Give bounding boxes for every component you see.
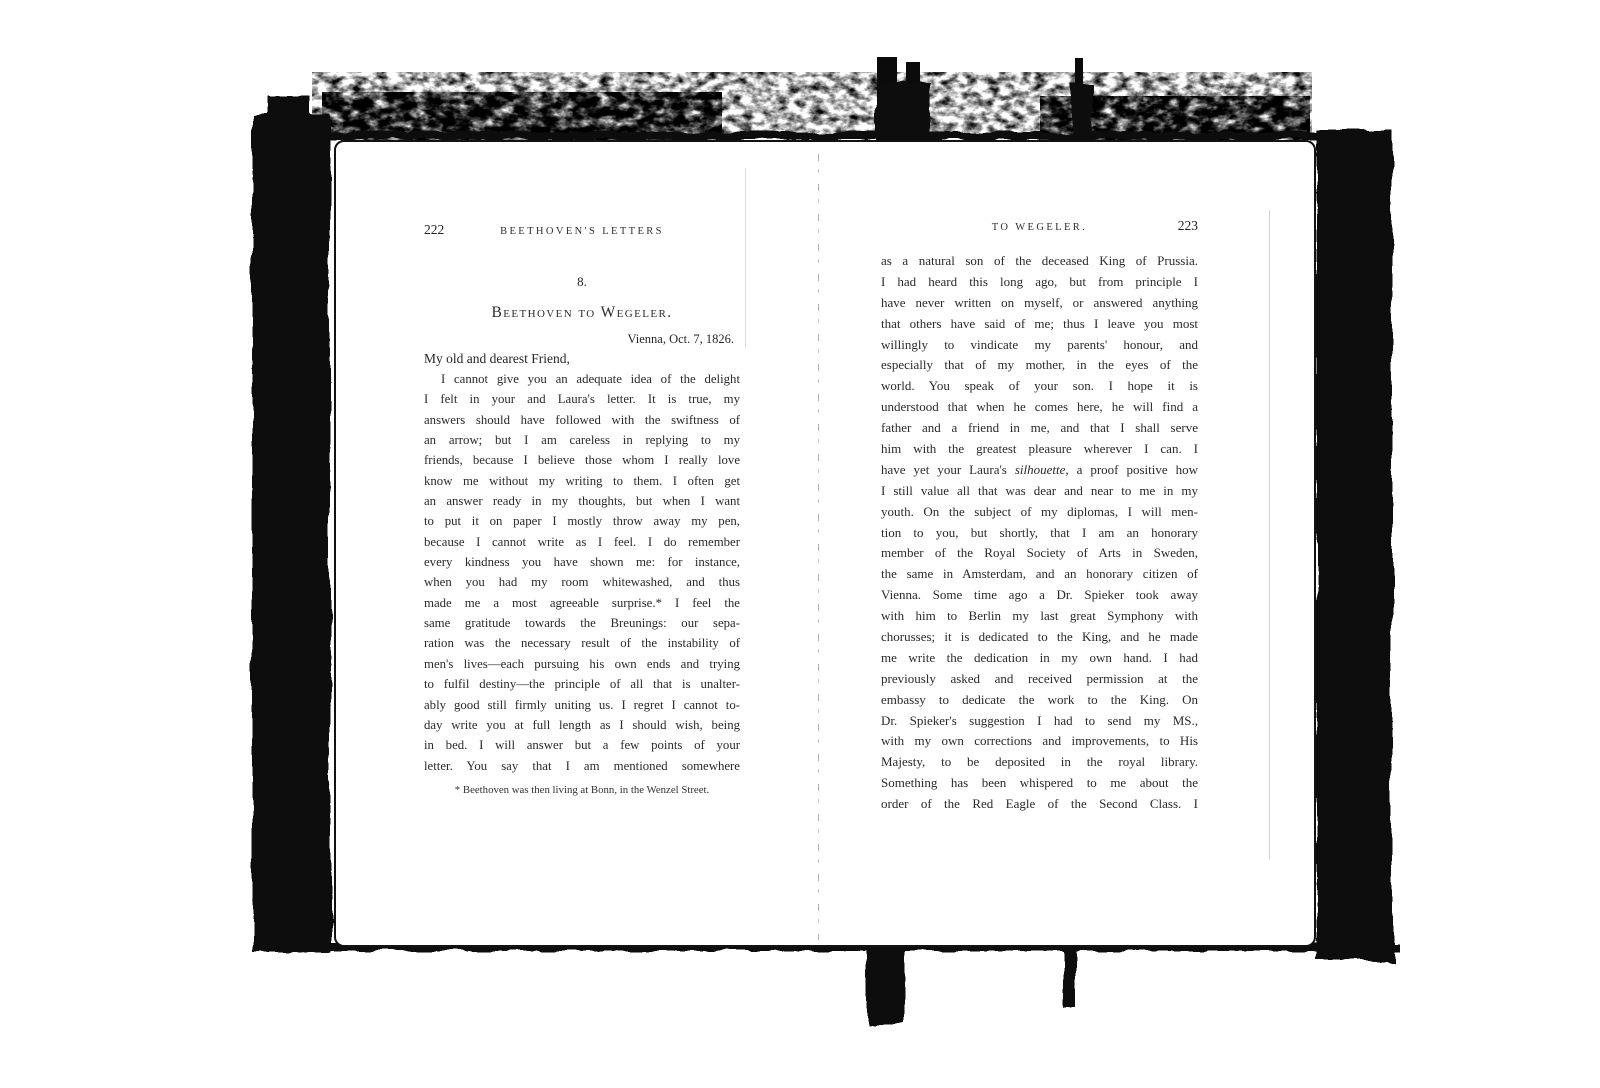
text-line: willingly to vindicate my parents' honou… [881,335,1198,356]
text-line: youth. On the subject of my diplomas, I … [881,502,1198,523]
text-line: know me without my writing to them. I of… [424,471,740,491]
letter-body-left: I cannot give you an adequate idea of th… [424,369,740,776]
left-cover-band [252,114,330,952]
dateline: Vienna, Oct. 7, 1826. [424,332,740,347]
text-line: father and a friend in me, and that I sh… [881,418,1198,439]
text-line: have yet your Laura's silhouette, a proo… [881,460,1198,481]
text-line: order of the Red Eagle of the Second Cla… [881,794,1198,815]
letter-title: Beethoven to Wegeler. [424,304,740,322]
salutation: My old and dearest Friend, [424,351,570,367]
left-cover-hump [268,96,310,136]
top-tab-body [877,82,930,142]
text-line: him with the greatest pleasure wherever … [881,439,1198,460]
text-line: I had heard this long ago, but from prin… [881,272,1198,293]
page-number-left: 222 [424,222,444,238]
text-line: Vienna. Some time ago a Dr. Spieker took… [881,585,1198,606]
text-line: understood that when he comes here, he w… [881,397,1198,418]
running-header-left: BEETHOVEN'S LETTERS [500,226,664,237]
text-line: Dr. Spieker's suggestion I had to send m… [881,711,1198,732]
page-curve-shadow-left [745,168,746,348]
top-tab-body-2 [1071,84,1093,142]
text-line: have never written on myself, or answere… [881,293,1198,314]
text-line: in bed. I will answer but a few points o… [424,735,740,755]
text-segment: have yet your Laura's [881,462,1015,477]
text-line: every kindness you have shown me: for in… [424,552,740,572]
text-line: same gratitude towards the Breunings: ou… [424,613,740,633]
scanned-book-spread: 222 BEETHOVEN'S LETTERS 8. Beethoven to … [0,0,1600,1088]
text-segment: , a proof positive how [1065,462,1198,477]
text-line: to put it on paper I mostly throw away m… [424,511,740,531]
letter-number: 8. [424,274,740,290]
text-line: previously asked and received permission… [881,669,1198,690]
text-line: an arrow; but I am careless in replying … [424,430,740,450]
text-line: embassy to dedicate the work to the King… [881,690,1198,711]
text-line: answers should have followed with the sw… [424,410,740,430]
page-223: TO WEGELER. 223 as a natural son of the … [881,218,1198,838]
text-line: especially that of my mother, in the eye… [881,355,1198,376]
page-curve-shadow-right [1269,210,1270,860]
text-line: with my own corrections and improvements… [881,731,1198,752]
text-line: the same in Amsterdam, and an honorary c… [881,564,1198,585]
text-line: an answer ready in my thoughts, but when… [424,491,740,511]
book-gutter-line [818,154,819,940]
text-line: to fulfil destiny—the principle of all t… [424,674,740,694]
text-line: Something has been whispered to me about… [881,773,1198,794]
running-header-right: TO WEGELER. [992,222,1087,233]
text-line: chorusses; it is dedicated to the King, … [881,627,1198,648]
text-line: because I cannot write as I feel. I do r… [424,532,740,552]
top-edge-rule [318,132,1332,140]
bottom-tab [867,944,905,1024]
footnote: * Beethoven was then living at Bonn, in … [424,784,740,796]
text-line: tion to you, but shortly, that I am an h… [881,523,1198,544]
text-line: Majesty, to be deposited in the royal li… [881,752,1198,773]
text-line: friends, because I believe those whom I … [424,450,740,470]
text-line: when you had my room whitewashed, and th… [424,572,740,592]
text-line: made me a most agreeable surprise.* I fe… [424,593,740,613]
text-line: day write you at full length as I should… [424,715,740,735]
page-header-left: 222 BEETHOVEN'S LETTERS [424,222,740,238]
text-line: I felt in your and Laura's letter. It is… [424,389,740,409]
page-222: 222 BEETHOVEN'S LETTERS 8. Beethoven to … [424,222,740,822]
page-header-right: TO WEGELER. 223 [881,218,1198,234]
text-line: with him to Berlin my last great Symphon… [881,606,1198,627]
text-line: as a natural son of the deceased King of… [881,251,1198,272]
text-line: I still value all that was dear and near… [881,481,1198,502]
text-line: that others have said of me; thus I leav… [881,314,1198,335]
italic-word: silhouette [1015,462,1066,477]
text-line: me write the dedication in my own hand. … [881,648,1198,669]
text-line: member of the Royal Society of Arts in S… [881,543,1198,564]
text-line: men's lives—each pursuing his own ends a… [424,654,740,674]
right-cover-band [1316,130,1392,960]
bottom-tab-2 [1063,944,1076,1008]
text-line: I cannot give you an adequate idea of th… [424,369,740,389]
text-line: world. You speak of your son. I hope it … [881,376,1198,397]
letter-body-right: as a natural son of the deceased King of… [881,251,1198,815]
text-line: letter. You say that I am mentioned some… [424,756,740,776]
page-number-right: 223 [1178,218,1198,234]
text-line: ration was the necessary result of the i… [424,633,740,653]
text-line: ably good still firmly uniting us. I reg… [424,695,740,715]
